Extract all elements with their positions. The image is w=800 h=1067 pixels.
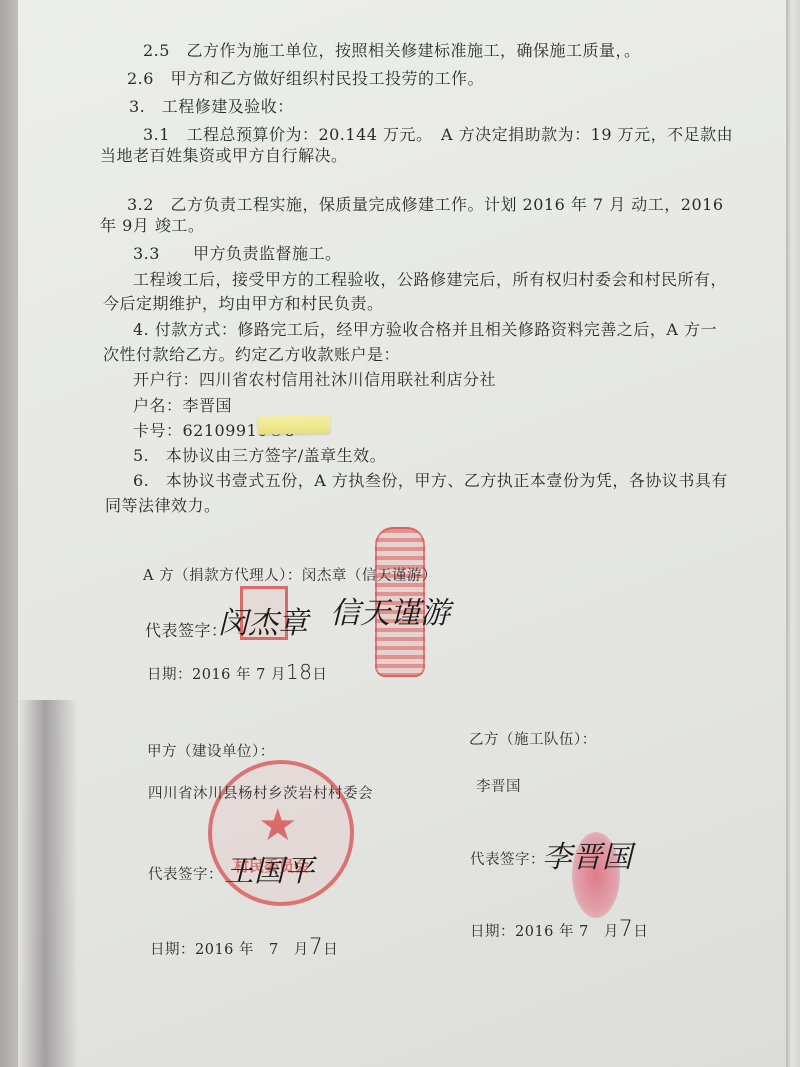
clause-3-3: 3.3 甲方负责监督施工。 [133,241,341,264]
party-jia-sign-label: 代表签字： [148,863,223,884]
party-a-signature-2: 信天谨游 [330,588,450,632]
party-yi-date-day: 7 [619,917,634,942]
party-yi-sign-label: 代表签字： [470,848,545,869]
acceptance-line1: 工程竣工后，接受甲方的工程验收，公路修建完后，所有权归村委会和村民所有， [133,267,727,290]
party-yi-date-suffix: 日 [633,924,648,940]
clause-5: 5. 本协议由三方签字/盖章生效。 [133,443,386,466]
page-fold-shadow [18,700,78,1067]
clause-3-1-line1: 3.1 工程总预算价为：20.144 万元。 A 方决定捐助款为：19 万元，不… [143,122,733,145]
party-jia-date: 日期：2016 年 7 月7日 [150,935,338,960]
party-yi-heading: 乙方（施工队伍）： [469,728,597,749]
clause-3-2-line1: 3.2 乙方负责工程实施，保质量完成修建工作。计划 2016 年 7 月 动工，… [127,192,724,215]
party-jia-date-suffix: 日 [323,942,338,958]
party-jia-signature: 王国平 [224,846,314,890]
party-jia-heading: 甲方（建设单位）： [147,740,275,761]
party-a-date-day: 18 [286,660,312,684]
party-yi-name: 李晋国 [476,775,521,796]
clause-6-line2: 同等法律效力。 [105,493,221,516]
party-a-date-suffix: 日 [312,667,327,683]
party-yi-signature: 李晋国 [542,832,632,876]
acceptance-line2: 今后定期维护，均由甲方和村民负责。 [103,291,384,314]
clause-6-line1: 6. 本协议书壹式五份，A 方执叁份，甲方、乙方执正本壹份为凭，各协议书具有 [133,468,728,491]
page-edge [786,0,800,1067]
bank-name: 开户行：四川省农村信用社沐川信用联社利店分社 [133,367,496,390]
clause-2-5: 2.5 乙方作为施工单位，按照相关修建标准施工，确保施工质量，。 [143,38,640,61]
party-a-date-prefix: 日期：2016 年 7 月 [147,667,286,683]
seal-star-icon: ★ [258,800,297,851]
clause-4-line2: 次性付款给乙方。约定乙方收款账户是： [103,342,400,365]
party-jia-date-prefix: 日期：2016 年 7 月 [150,942,309,958]
clause-2-6: 2.6 甲方和乙方做好组织村民投工投劳的工作。 [127,66,484,89]
clause-4-line1: 4. 付款方式：修路完工后，经甲方验收合格并且相关修路资料完善之后，A 方一 [133,317,717,340]
party-a-signature-1: 闵杰章 [218,598,308,642]
account-name: 户名：李晋国 [133,393,232,416]
party-yi-date: 日期：2016 年 7 月7日 [470,917,648,942]
clause-3-heading: 3. 工程修建及验收： [129,94,294,117]
clause-3-2-line2: 年 9月 竣工。 [100,213,204,236]
clause-3-1-line2: 当地老百姓集资或甲方自行解决。 [100,143,348,166]
party-yi-date-prefix: 日期：2016 年 7 月 [470,924,619,940]
party-jia-org-name: 四川省沐川县杨村乡茨岩村村委会 [148,782,373,803]
redaction-tape [258,415,330,434]
party-a-heading: A 方（捐款方代理人）：闵杰章（信天谨游） [143,564,437,585]
party-a-date: 日期：2016 年 7 月18日 [147,660,327,684]
party-jia-date-day: 7 [309,935,324,960]
party-a-sign-label: 代表签字： [145,618,228,641]
